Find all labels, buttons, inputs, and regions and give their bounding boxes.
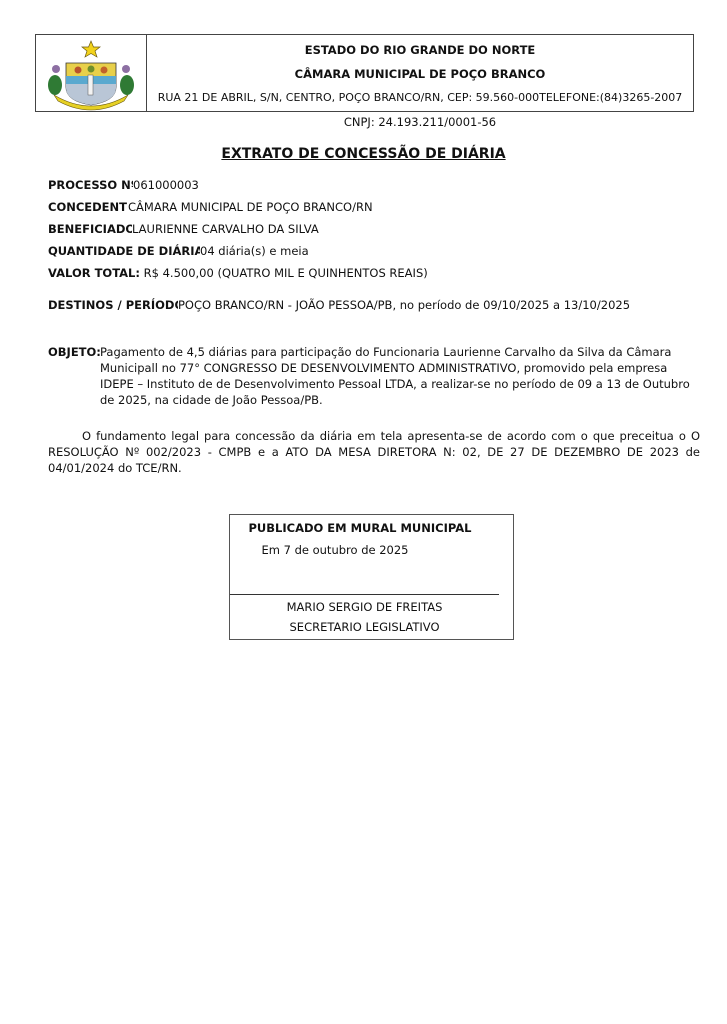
- field-label: PROCESSO Nº: [48, 178, 133, 192]
- field-value: POÇO BRANCO/RN - JOÃO PESSOA/PB, no perí…: [178, 298, 630, 312]
- objeto-label: OBJETO:: [48, 344, 100, 408]
- field-valor-total: VALOR TOTAL: R$ 4.500,00 (QUATRO MIL E Q…: [48, 266, 428, 280]
- publication-heading: PUBLICADO EM MURAL MUNICIPAL: [230, 521, 490, 535]
- signer-name: MARIO SERGIO DE FREITAS: [230, 600, 499, 614]
- letterhead-info: ESTADO DO RIO GRANDE DO NORTE CÂMARA MUN…: [147, 35, 693, 111]
- field-label: VALOR TOTAL:: [48, 266, 140, 280]
- letterhead: ESTADO DO RIO GRANDE DO NORTE CÂMARA MUN…: [35, 34, 694, 112]
- field-label: DESTINOS / PERÍODO:: [48, 298, 178, 312]
- signature-line: [230, 594, 499, 595]
- field-concedente: CONCEDENTE:CÂMARA MUNICIPAL DE POÇO BRAN…: [48, 200, 373, 214]
- field-beneficiado: BENEFICIADO:LAURIENNE CARVALHO DA SILVA: [48, 222, 319, 236]
- objeto-section: OBJETO: Pagamento de 4,5 diárias para pa…: [48, 344, 703, 408]
- address-line: RUA 21 DE ABRIL, S/N, CENTRO, POÇO BRANC…: [147, 86, 693, 110]
- document-title: EXTRATO DE CONCESSÃO DE DIÁRIA: [0, 146, 727, 162]
- cnpj-line: CNPJ: 24.193.211/0001-56: [147, 110, 693, 134]
- state-name: ESTADO DO RIO GRANDE DO NORTE: [147, 38, 693, 62]
- field-quantidade: QUANTIDADE DE DIÁRIAS:04 diária(s) e mei…: [48, 244, 309, 258]
- field-label: BENEFICIADO:: [48, 222, 132, 236]
- field-label: QUANTIDADE DE DIÁRIAS:: [48, 244, 200, 258]
- coat-of-arms-icon: [36, 35, 146, 111]
- legal-basis-paragraph: O fundamento legal para concessão da diá…: [48, 428, 700, 476]
- field-value: 061000003: [133, 178, 199, 192]
- coat-of-arms-logo: [36, 35, 147, 111]
- chamber-name: CÂMARA MUNICIPAL DE POÇO BRANCO: [147, 62, 693, 86]
- signer-role: SECRETARIO LEGISLATIVO: [230, 620, 499, 634]
- field-destinos: DESTINOS / PERÍODO:POÇO BRANCO/RN - JOÃO…: [48, 298, 630, 312]
- publication-date: Em 7 de outubro de 2025: [230, 543, 440, 557]
- objeto-text: Pagamento de 4,5 diárias para participaç…: [100, 344, 703, 408]
- field-value: LAURIENNE CARVALHO DA SILVA: [132, 222, 319, 236]
- field-value: 04 diária(s) e meia: [200, 244, 309, 258]
- field-label: CONCEDENTE:: [48, 200, 128, 214]
- field-processo: PROCESSO Nº061000003: [48, 178, 199, 192]
- publication-box: PUBLICADO EM MURAL MUNICIPAL Em 7 de out…: [229, 514, 514, 640]
- field-value: CÂMARA MUNICIPAL DE POÇO BRANCO/RN: [128, 200, 373, 214]
- field-value: R$ 4.500,00 (QUATRO MIL E QUINHENTOS REA…: [144, 266, 428, 280]
